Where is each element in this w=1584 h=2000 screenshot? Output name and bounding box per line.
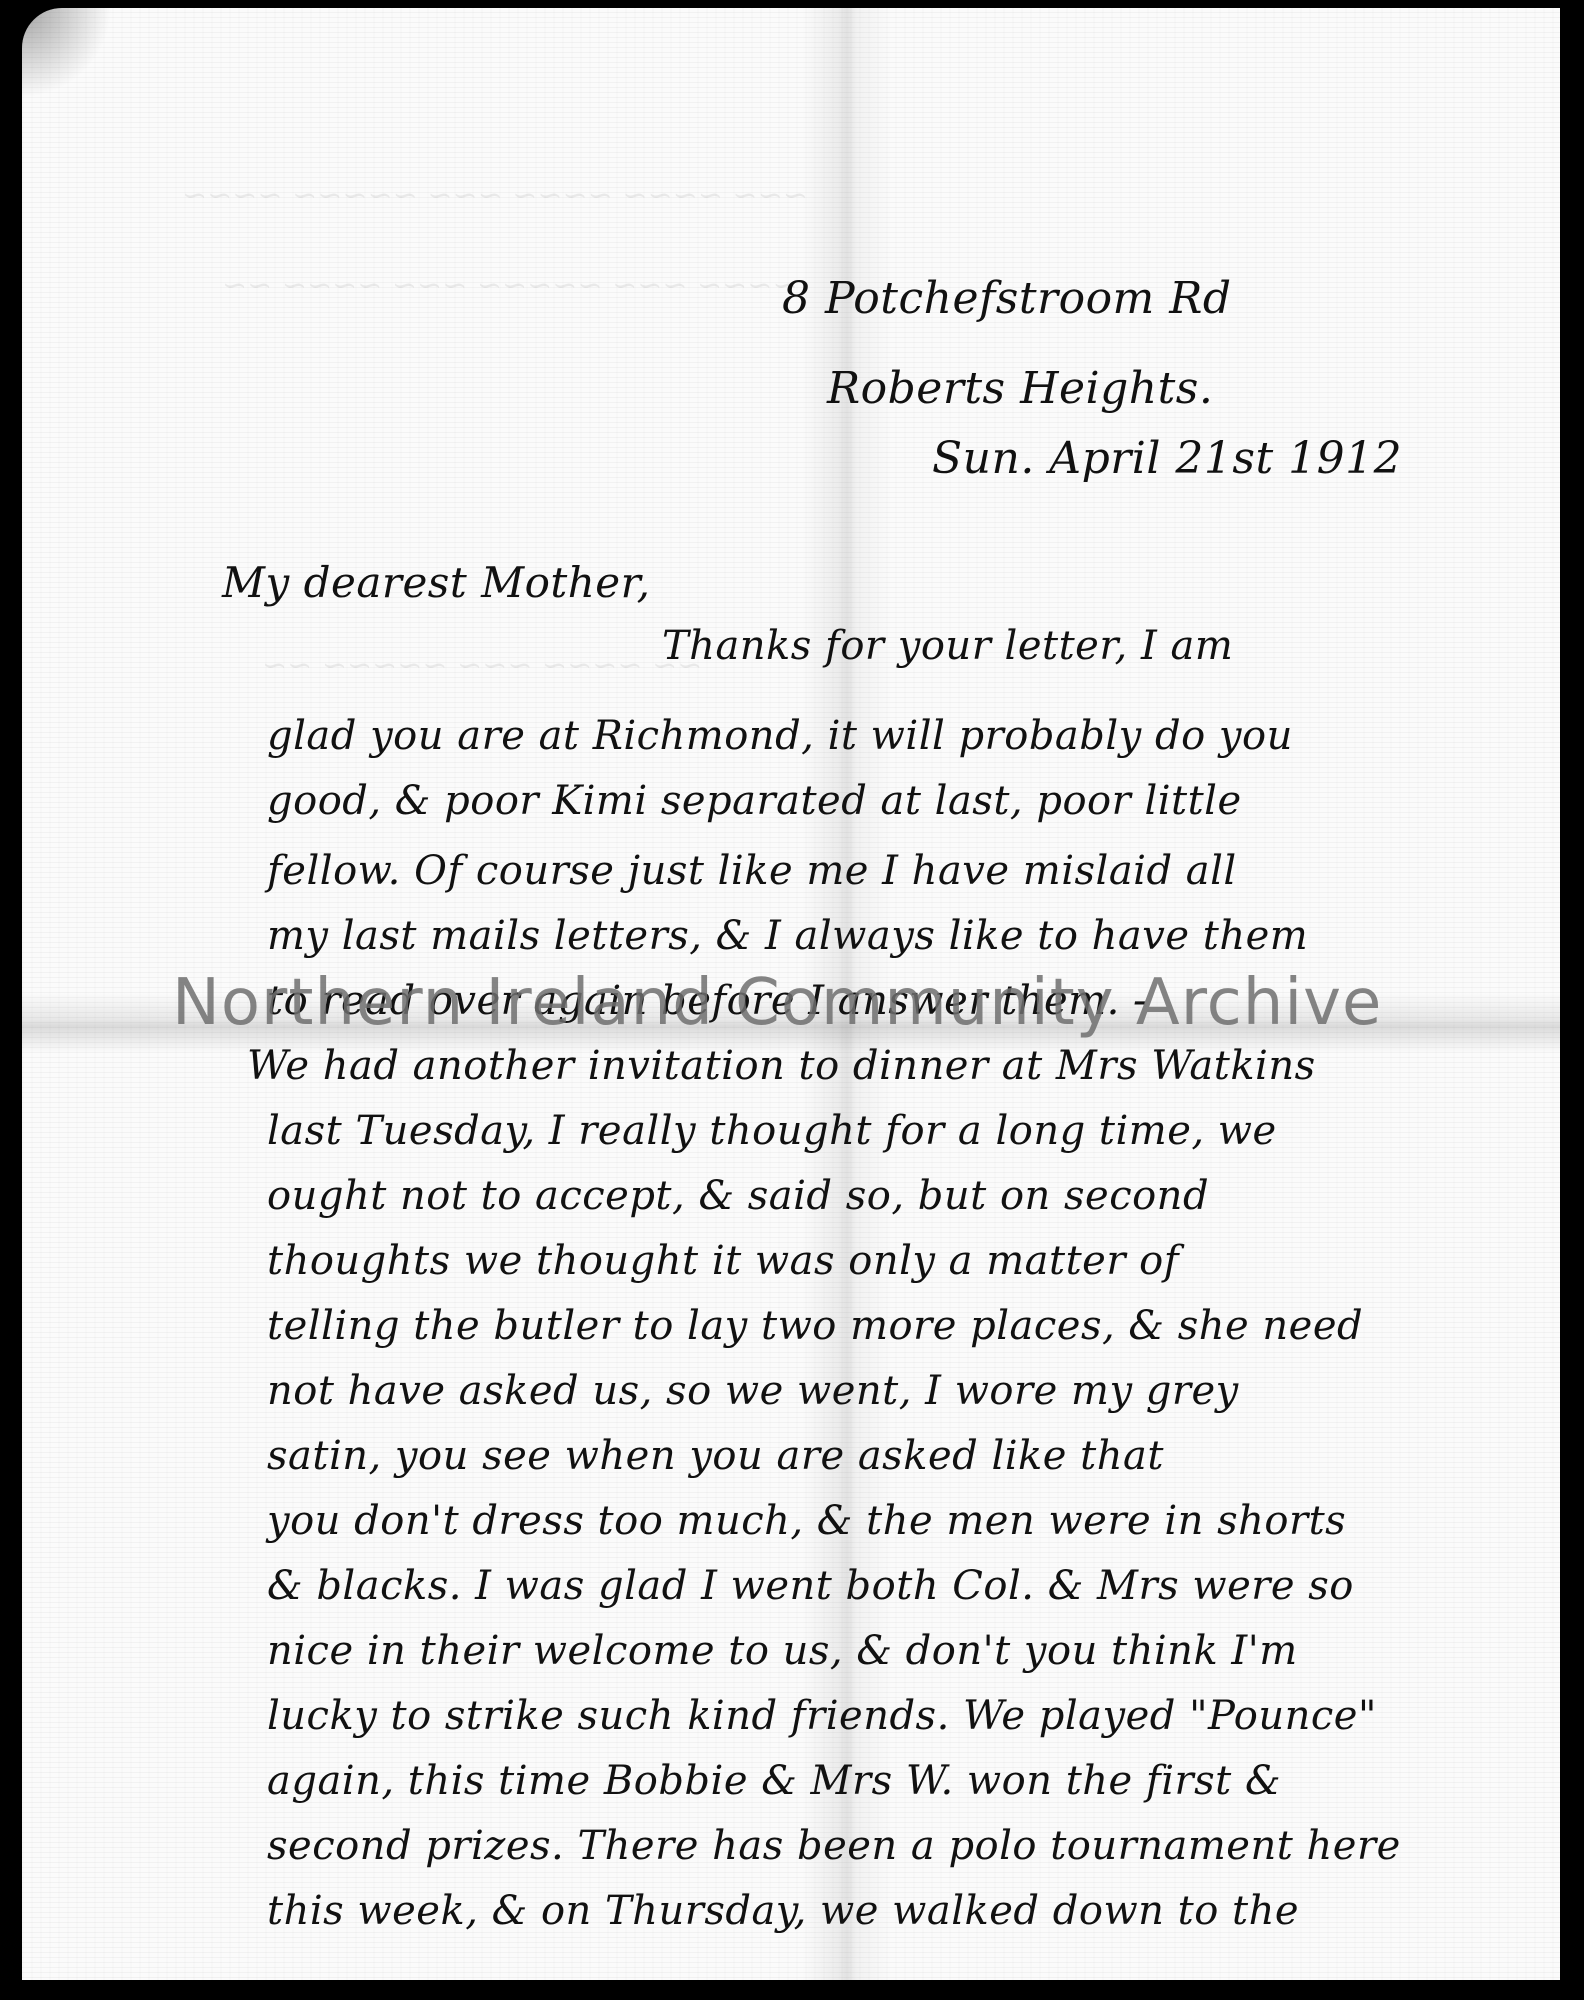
scan-border bbox=[0, 1980, 1584, 2000]
ink-bleed-through: ~~~ ~~~~ ~~~~ ~~~ ~~~~~ ~~~~ bbox=[182, 178, 808, 213]
letter-line: lucky to strike such kind friends. We pl… bbox=[267, 1693, 1377, 1739]
page-corner-shadow bbox=[22, 8, 112, 98]
letter-line: my last mails letters, & I always like t… bbox=[267, 913, 1308, 959]
letter-line: ought not to accept, & said so, but on s… bbox=[267, 1173, 1209, 1219]
letter-line: & blacks. I was glad I went both Col. & … bbox=[267, 1563, 1354, 1609]
letter-line: nice in their welcome to us, & don't you… bbox=[267, 1628, 1298, 1674]
archive-watermark: Northern Ireland Community Archive bbox=[172, 966, 1382, 1040]
letter-line: We had another invitation to dinner at M… bbox=[247, 1043, 1316, 1089]
letter-line: not have asked us, so we went, I wore my… bbox=[267, 1368, 1239, 1414]
letter-line: glad you are at Richmond, it will probab… bbox=[267, 713, 1293, 759]
letter-line: last Tuesday, I really thought for a lon… bbox=[267, 1108, 1277, 1154]
letter-line: fellow. Of course just like me I have mi… bbox=[267, 848, 1237, 894]
letter-line: this week, & on Thursday, we walked down… bbox=[267, 1888, 1299, 1934]
letter-line: thoughts we thought it was only a matter… bbox=[267, 1238, 1179, 1284]
ink-bleed-through: ~~ ~~~~ ~~~ ~~~~~ ~~ bbox=[262, 648, 702, 683]
address-street: 8 Potchefstroom Rd bbox=[782, 273, 1232, 324]
ink-bleed-through: ~~~~ ~~~ ~~~~~ ~~~ ~~~~ ~~ bbox=[222, 268, 798, 303]
letter-line: you don't dress too much, & the men were… bbox=[267, 1498, 1346, 1544]
letter-line: Thanks for your letter, I am bbox=[662, 623, 1233, 669]
letter-line: again, this time Bobbie & Mrs W. won the… bbox=[267, 1758, 1281, 1804]
address-locality: Roberts Heights. bbox=[827, 363, 1213, 414]
letter-line: telling the butler to lay two more place… bbox=[267, 1303, 1363, 1349]
salutation: My dearest Mother, bbox=[222, 558, 650, 607]
letter-line: second prizes. There has been a polo tou… bbox=[267, 1823, 1401, 1869]
letter-line: good, & poor Kimi separated at last, poo… bbox=[267, 778, 1242, 824]
letter-line: satin, you see when you are asked like t… bbox=[267, 1433, 1164, 1479]
letter-date: Sun. April 21st 1912 bbox=[932, 433, 1402, 484]
letter-page: ~~~ ~~~~ ~~~~ ~~~ ~~~~~ ~~~~ ~~~~ ~~~ ~~… bbox=[22, 8, 1560, 1983]
